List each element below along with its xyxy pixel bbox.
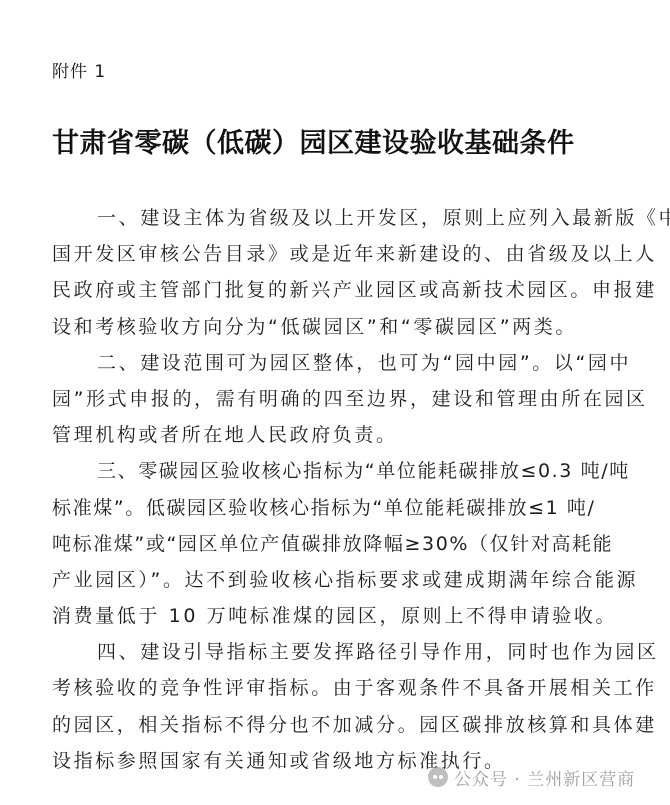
paragraph-line: 一、建设主体为省级及以上开发区，原则上应列入最新版《中 — [52, 200, 622, 236]
paragraph-line: 吨标准煤”或“园区单位产值碳排放降幅≥30%（仅针对高耗能 — [52, 526, 622, 562]
document-body: 一、建设主体为省级及以上开发区，原则上应列入最新版《中 国开发区审核公告目录》或… — [52, 200, 622, 779]
paragraph-line: 二、建设范围可为园区整体，也可为“园中园”。以“园中 — [52, 345, 622, 381]
watermark: 公众号 · 兰州新区营商 — [428, 762, 635, 792]
paragraph-line: 产业园区）”。达不到验收核心指标要求或建成期满年综合能源 — [52, 562, 622, 598]
paragraph-line: 消费量低于 10 万吨标准煤的园区，原则上不得申请验收。 — [52, 598, 622, 634]
paragraph-line: 国开发区审核公告目录》或是近年来新建设的、由省级及以上人 — [52, 236, 622, 272]
paragraph-line: 考核验收的竞争性评审指标。由于客观条件不具备开展相关工作 — [52, 670, 622, 706]
paragraph-3: 三、零碳园区验收核心指标为“单位能耗碳排放≤0.3 吨/吨 标准煤”。低碳园区验… — [52, 453, 622, 634]
paragraph-2: 二、建设范围可为园区整体，也可为“园中园”。以“园中 园”形式申报的，需有明确的… — [52, 345, 622, 454]
paragraph-line: 标准煤”。低碳园区验收核心指标为“单位能耗碳排放≤1 吨/ — [52, 490, 622, 526]
watermark-text: 公众号 · 兰州新区营商 — [454, 765, 635, 790]
paragraph-line: 民政府或主管部门批复的新兴产业园区或高新技术园区。申报建 — [52, 272, 622, 308]
paragraph-line: 管理机构或者所在地人民政府负责。 — [52, 417, 622, 453]
document-title: 甘肃省零碳（低碳）园区建设验收基础条件 — [52, 124, 632, 164]
paragraph-4: 四、建设引导指标主要发挥路径引导作用，同时也作为园区 考核验收的竞争性评审指标。… — [52, 634, 622, 779]
paragraph-line: 园”形式申报的，需有明确的四至边界，建设和管理由所在园区 — [52, 381, 622, 417]
paragraph-line: 四、建设引导指标主要发挥路径引导作用，同时也作为园区 — [52, 634, 622, 670]
paragraph-line: 的园区，相关指标不得分也不加减分。园区碳排放核算和具体建 — [52, 707, 622, 743]
wechat-icon — [428, 767, 448, 787]
paragraph-line: 三、零碳园区验收核心指标为“单位能耗碳排放≤0.3 吨/吨 — [52, 453, 622, 489]
attachment-label: 附件 1 — [52, 60, 106, 84]
paragraph-line: 设和考核验收方向分为“低碳园区”和“零碳园区”两类。 — [52, 309, 622, 345]
paragraph-1: 一、建设主体为省级及以上开发区，原则上应列入最新版《中 国开发区审核公告目录》或… — [52, 200, 622, 345]
